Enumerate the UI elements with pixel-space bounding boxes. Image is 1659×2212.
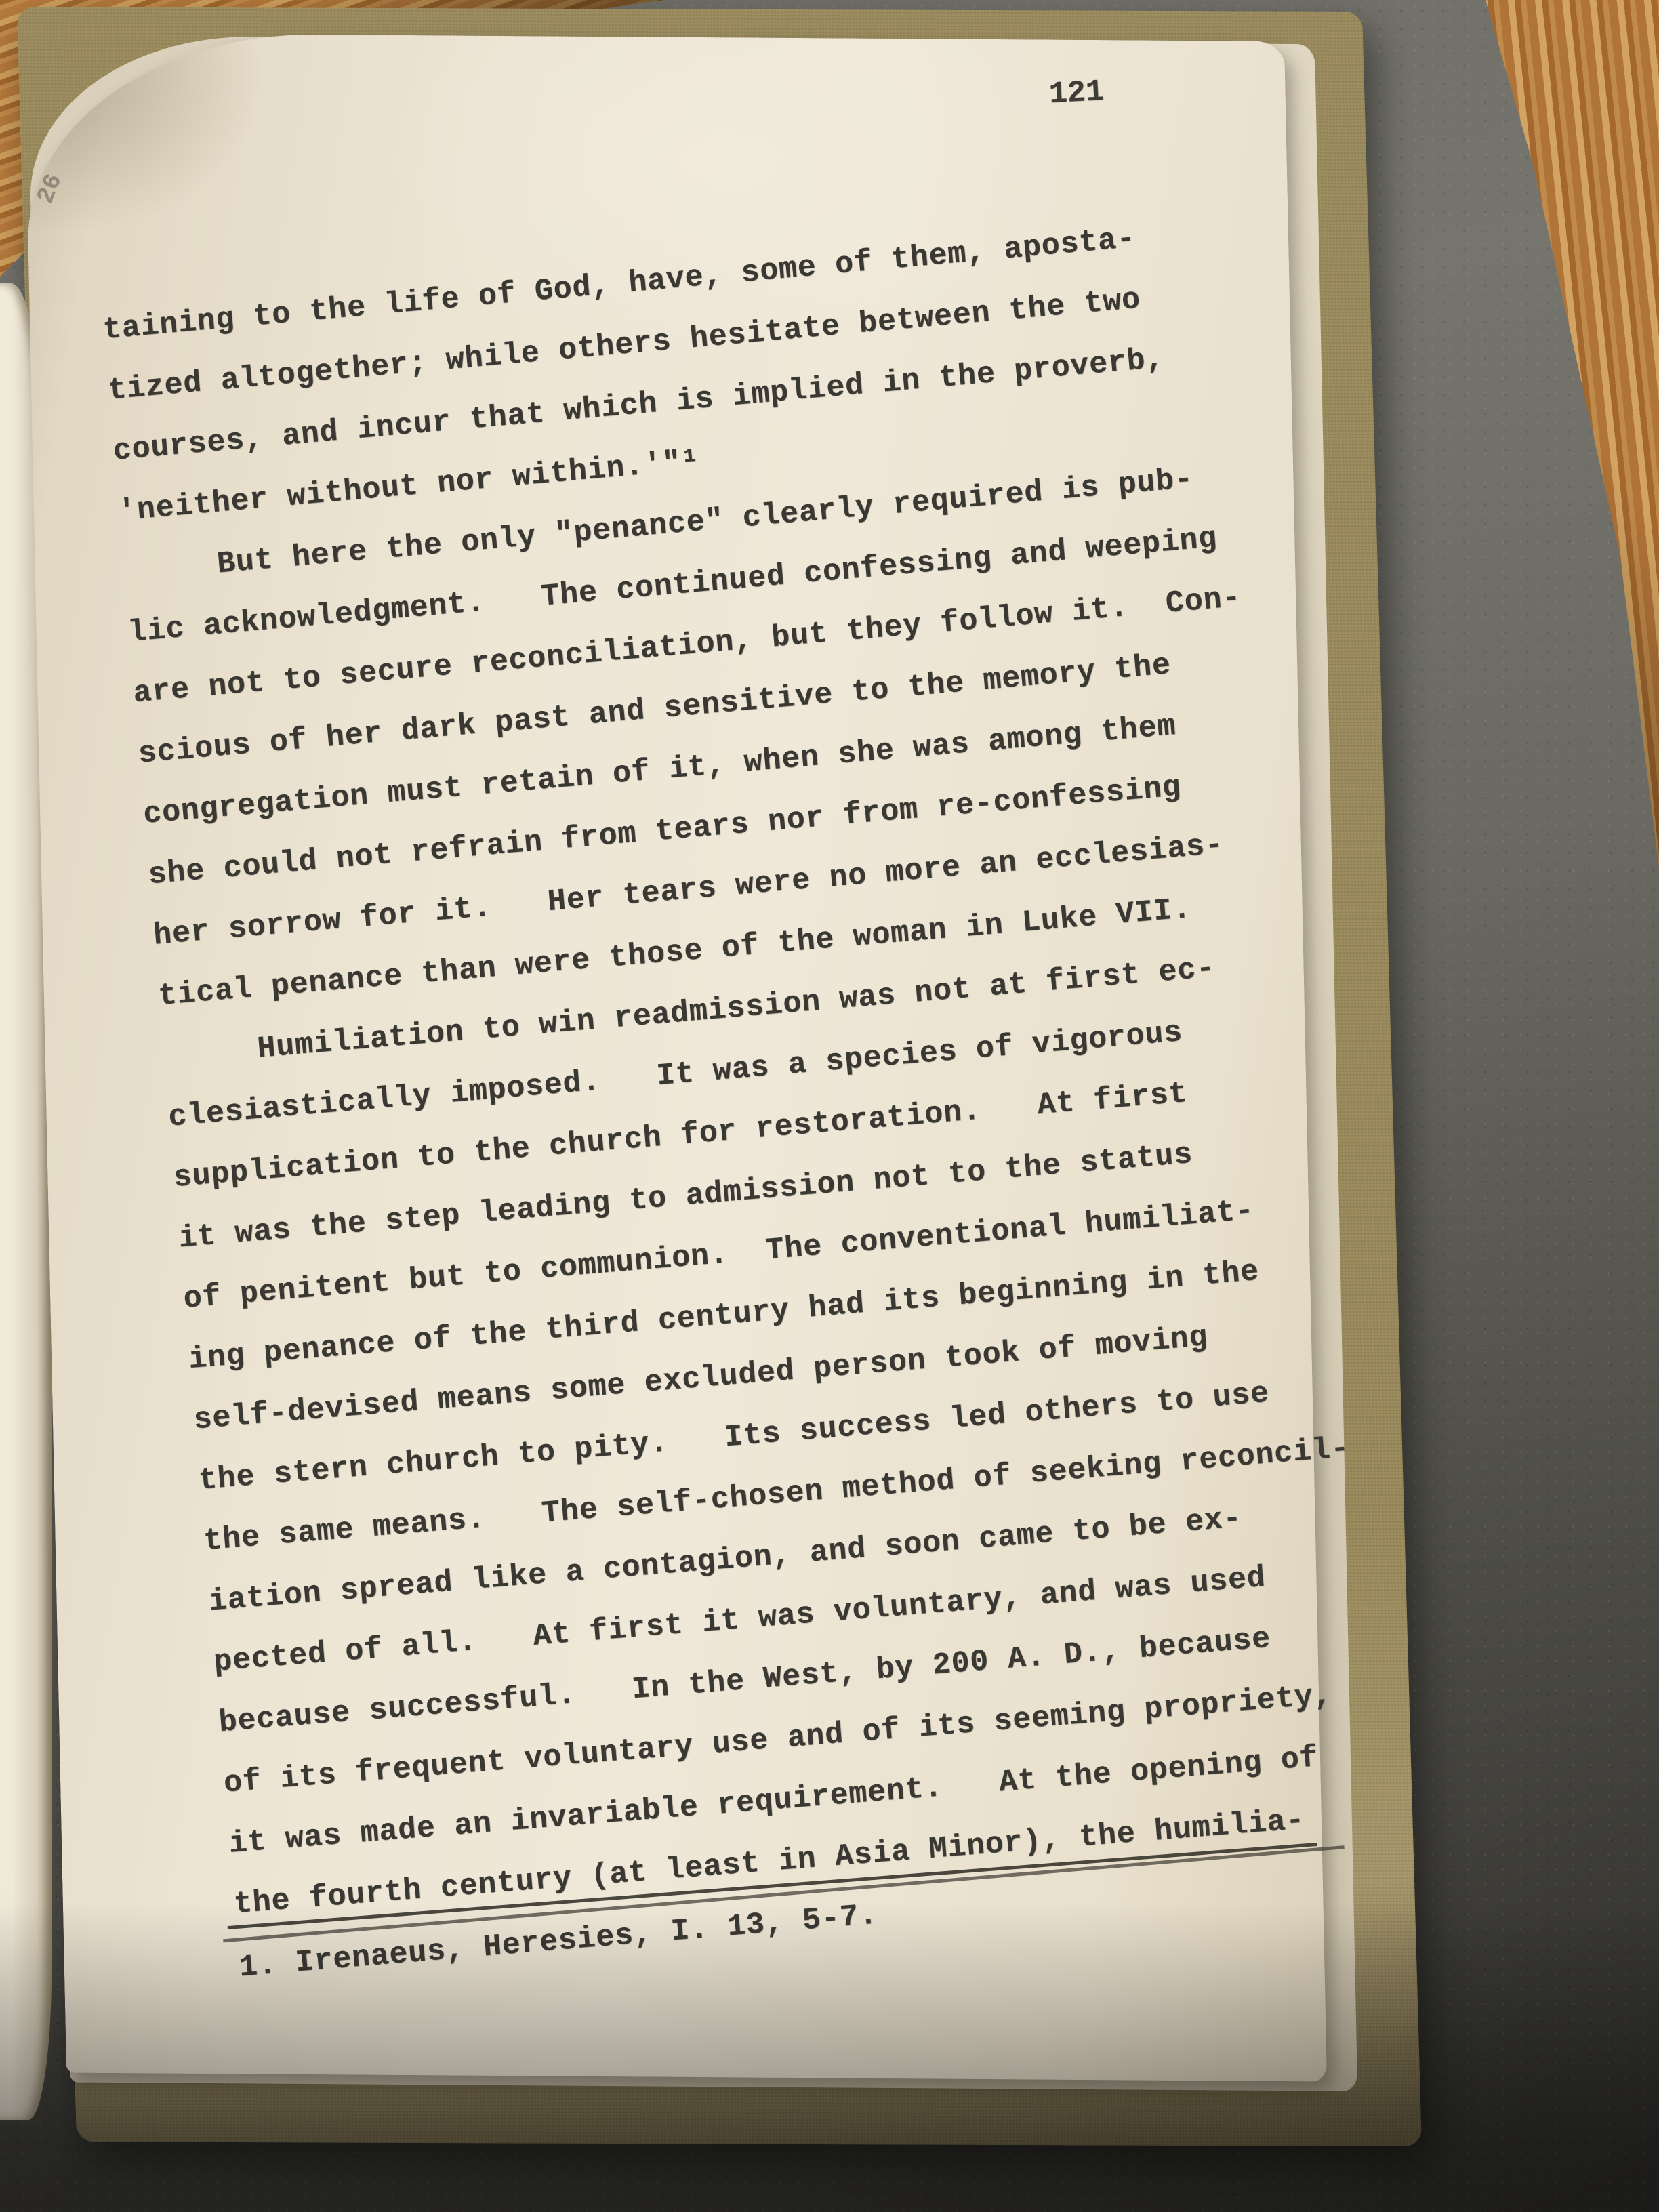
photo-scene: taining to the life of God, have, some o… [0, 0, 1659, 2212]
typewritten-text-block: taining to the life of God, have, some o… [100, 196, 1457, 1999]
body-text-lines: taining to the life of God, have, some o… [100, 196, 1452, 1938]
page-number: 121 [1048, 75, 1105, 112]
